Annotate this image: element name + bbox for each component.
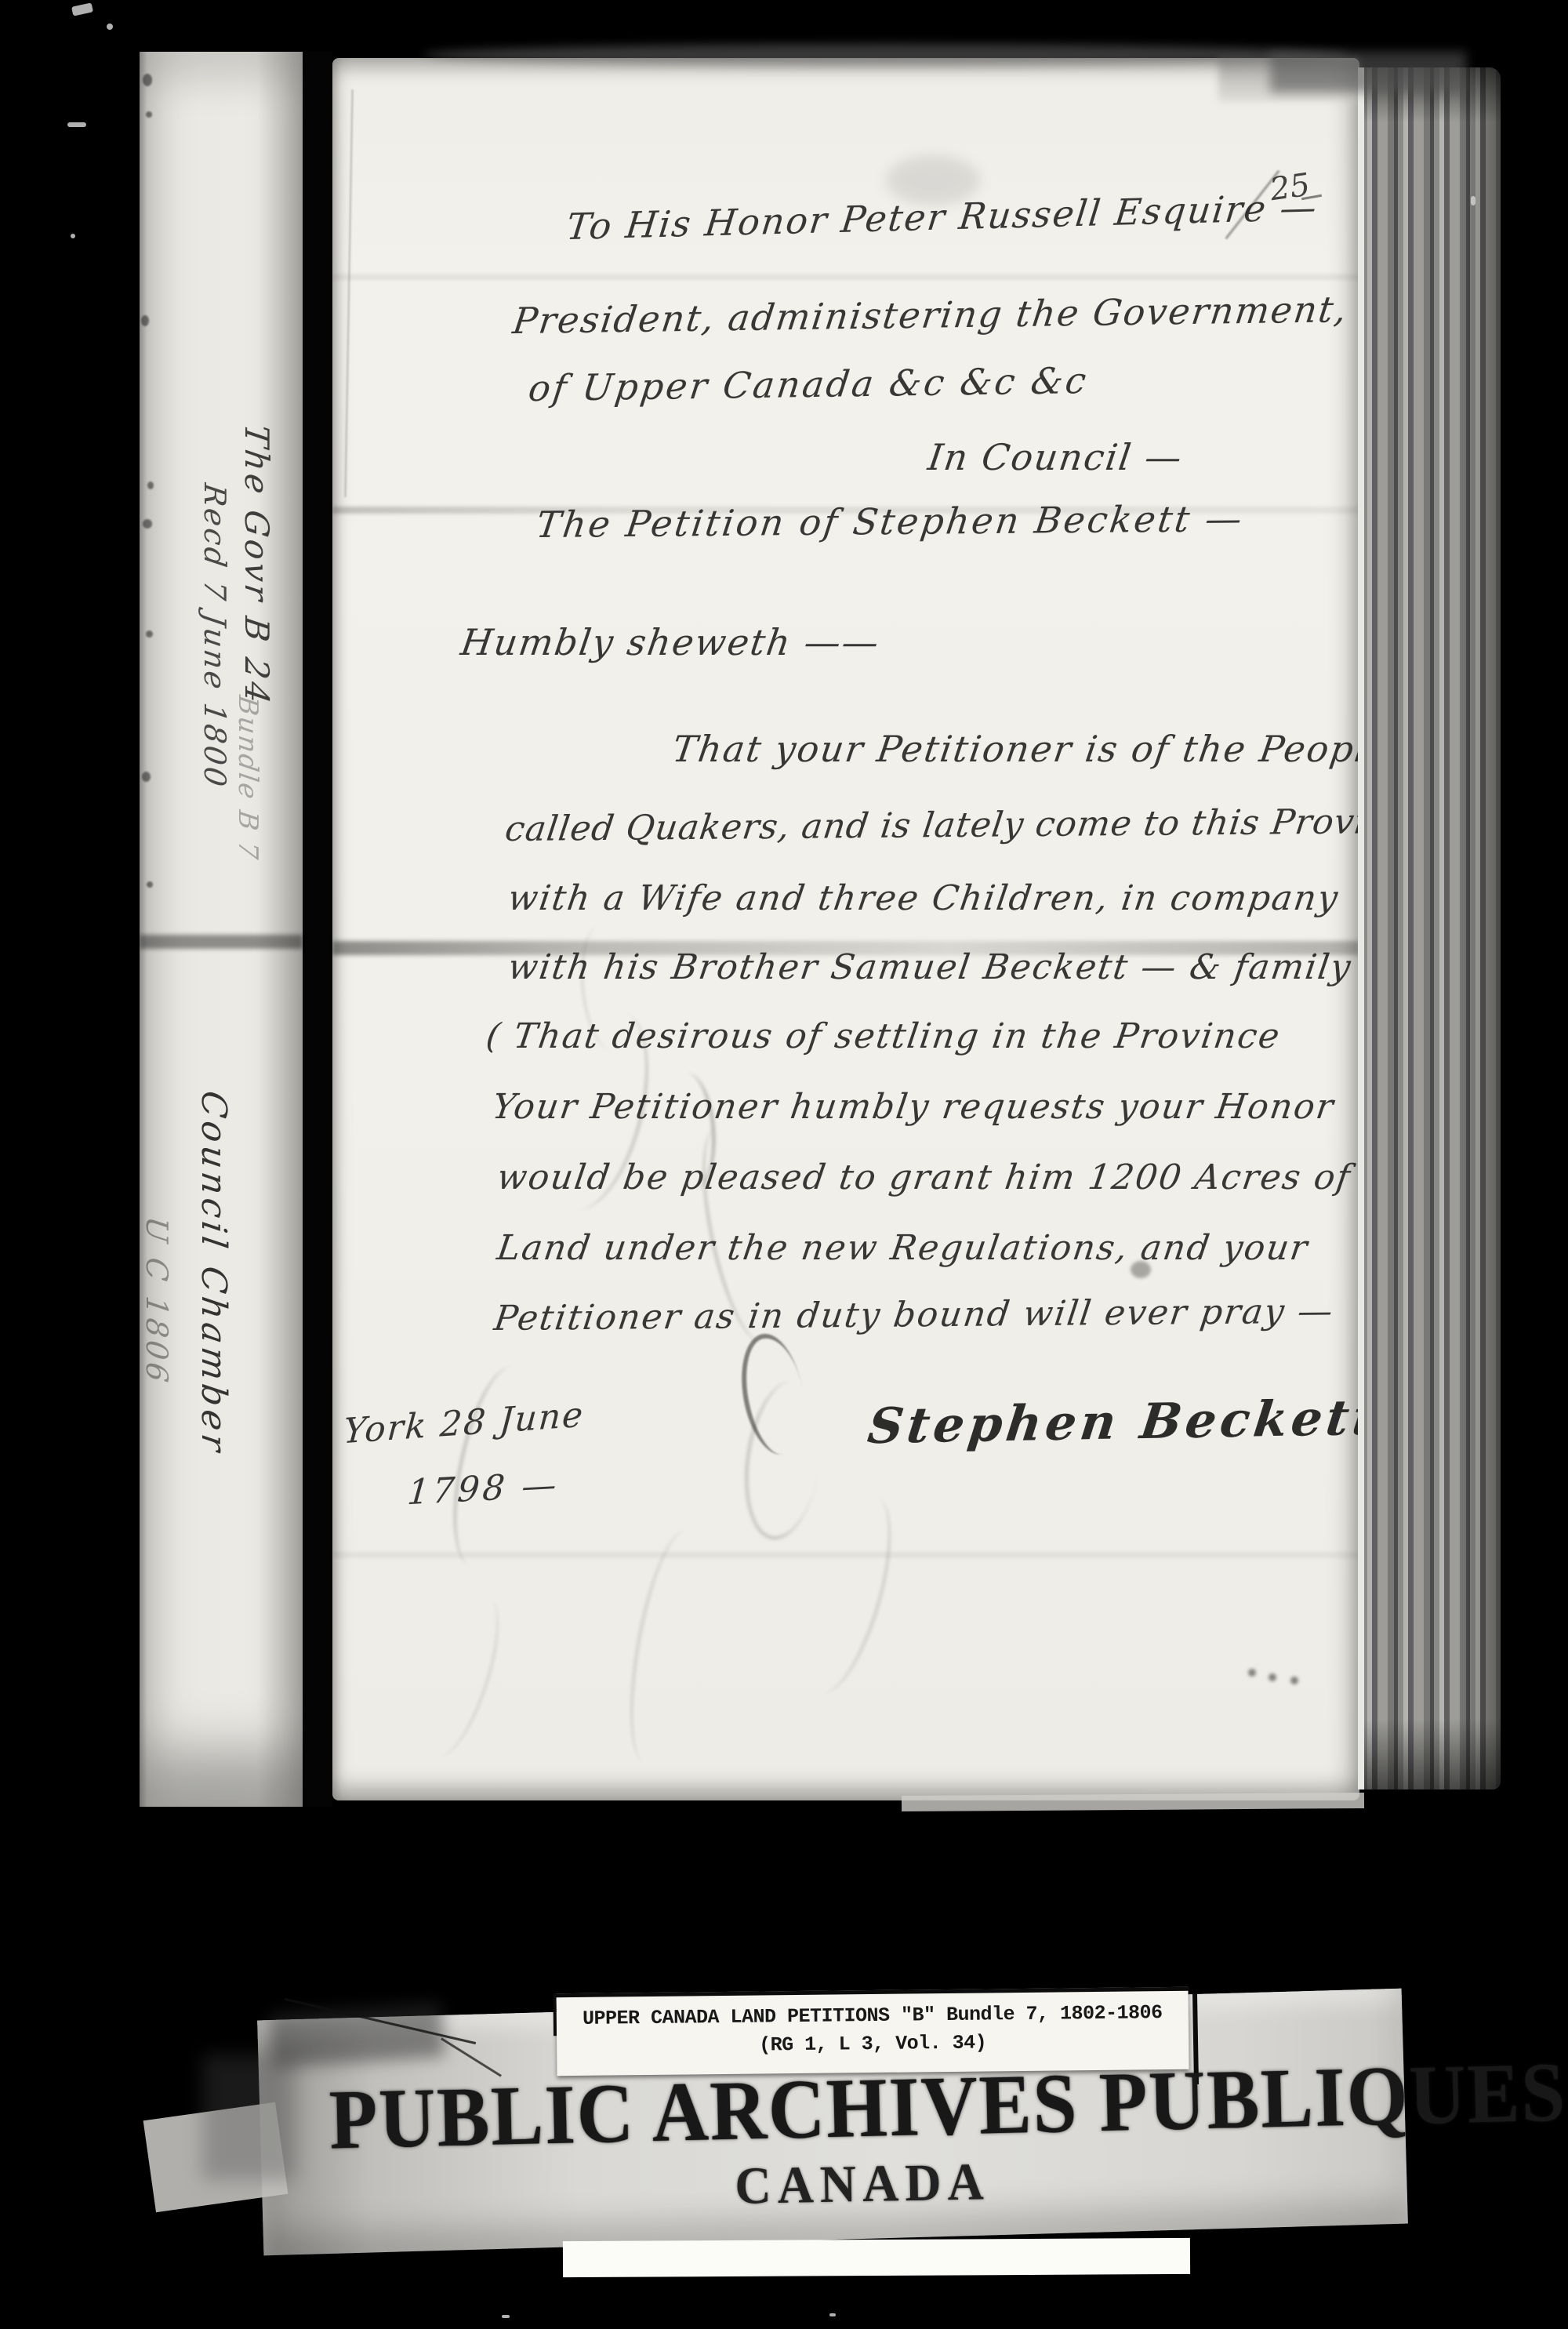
paper-crack: [344, 89, 353, 497]
fold-crease: [332, 274, 1359, 280]
manuscript-line: would be pleased to grant him 1200 Acres…: [495, 1157, 1354, 1197]
bottom-paper-strip: [563, 2238, 1190, 2277]
manuscript-line: Your Petitioner humbly requests your Hon…: [490, 1087, 1338, 1127]
film-speck: [67, 122, 86, 127]
manuscript-line: of Upper Canada &c &c &c: [526, 359, 1091, 409]
film-speck: [502, 2315, 510, 2318]
ink-bleedthrough: [415, 1591, 513, 1763]
manuscript-line: with a Wife and three Children, in compa…: [506, 878, 1341, 918]
manuscript-line: 1798 —: [406, 1465, 561, 1513]
binding-stain: [143, 74, 152, 86]
manuscript-line: That your Petitioner is of the People: [670, 728, 1393, 770]
film-speck: [1471, 196, 1475, 205]
manuscript-line: President, administering the Government,: [510, 288, 1350, 342]
manuscript-line: Petitioner as in duty bound will ever pr…: [492, 1292, 1337, 1339]
manuscript-line: The Petition of Stephen Beckett —: [534, 497, 1247, 546]
binding-stain: [143, 519, 152, 529]
ink-dots: [1248, 1669, 1256, 1677]
manuscript-line: Land under the new Regulations, and your: [495, 1228, 1312, 1268]
docket-line: Council Chamber: [194, 1088, 234, 1458]
binding-stain: [146, 630, 153, 638]
signature: Stephen Beckett: [865, 1389, 1383, 1455]
ink-bleedthrough: [789, 1488, 908, 1702]
petition-page: 25 To His Honor Peter Russell Esquire —P…: [332, 58, 1359, 1800]
docket-line: The Govr B 24: [238, 422, 276, 709]
manuscript-line: called Quakers, and is lately come to th…: [503, 801, 1433, 849]
binding-stain: [141, 315, 149, 326]
manuscript-line: ( That desirous of settling in the Provi…: [484, 1016, 1283, 1056]
page-edge-stack: [1358, 67, 1501, 1789]
folded-docket-strip: The Govr B 24Recd 7 June 1800Bundle B 7C…: [140, 52, 303, 1807]
manuscript-line: In Council —: [925, 436, 1185, 478]
docket-line: Recd 7 June 1800: [198, 481, 232, 791]
manuscript-line: with his Brother Samuel Beckett — & fami…: [506, 947, 1403, 987]
fold-crease: [140, 935, 303, 949]
film-speck: [71, 234, 75, 238]
binding-stain: [146, 111, 152, 118]
film-speck: [829, 2313, 836, 2316]
manuscript-line: York 28 June: [342, 1395, 586, 1452]
card-smudge: [202, 2055, 296, 2180]
manuscript-line: To His Honor Peter Russell Esquire —: [564, 186, 1320, 248]
underlying-page-edge: [902, 1793, 1364, 1811]
book-top-edge-shadow: [1270, 52, 1466, 93]
manuscript-line: Humbly sheweth ——: [458, 621, 883, 663]
ink-bleedthrough: [617, 1526, 715, 1768]
microfilm-frame: The Govr B 24Recd 7 June 1800Bundle B 7C…: [0, 0, 1568, 2329]
film-speck: [71, 2, 93, 16]
docket-line: Bundle B 7: [232, 693, 263, 862]
archive-subtitle: CANADA: [548, 2148, 1176, 2220]
spine-shadow: [303, 52, 332, 1807]
docket-line: U C 1806: [140, 1215, 174, 1387]
film-speck: [107, 24, 113, 30]
binding-stain: [147, 481, 154, 489]
book-top-edge-shadow: [423, 44, 1348, 66]
binding-stain: [142, 772, 151, 782]
binding-stain: [147, 881, 153, 888]
